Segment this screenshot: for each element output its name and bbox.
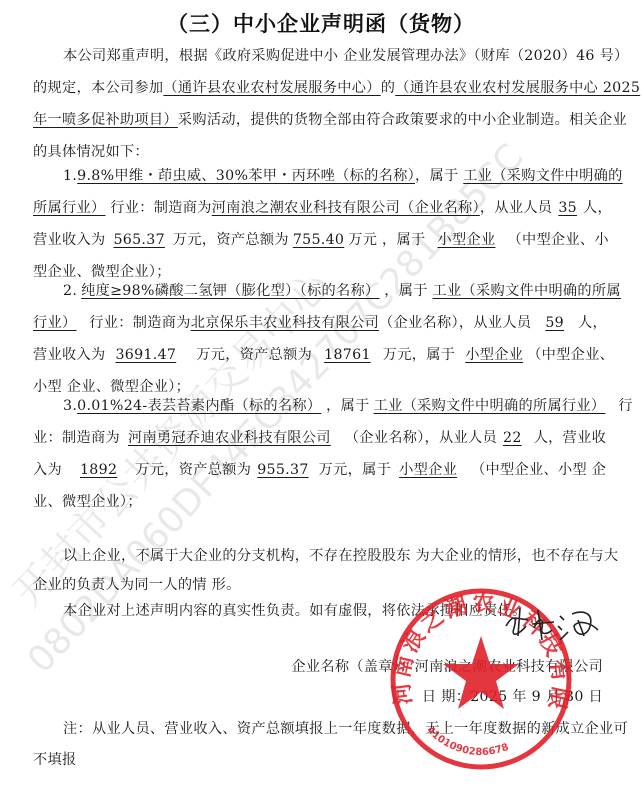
- revenue: 565.37: [105, 232, 172, 248]
- item-1-line-3: 营业收入为565.37万元，资产总额为755.40万元 ，属于小型企业（中型企业…: [33, 230, 613, 250]
- manufacturer: 河南浪之潮农业科技有限公司（企业名称）: [212, 200, 480, 216]
- manufacturer: 河南勇冠乔迪农业科技有限公司: [120, 430, 345, 446]
- page-title: （三）中小企业声明函（货物）: [0, 8, 642, 38]
- purchaser-name: （通许县农业农村发展服务中心）: [163, 80, 380, 96]
- text: （中型企业、: [527, 347, 614, 363]
- text: 行业：制造商为: [110, 200, 211, 216]
- item-3-line-1: 3.0.01%24-表芸苔素内酯（标的名称） ，属于工业（采购文件中明确的所属行…: [33, 396, 642, 416]
- text: 的: [381, 80, 396, 96]
- item-name: 纯度≥98%磷酸二氢钾（膨化型）（标的名称）: [77, 283, 379, 299]
- industry: 工业（采购文件中明确的: [463, 168, 622, 184]
- industry-cont: 行业）: [33, 315, 84, 331]
- text: 行: [618, 398, 633, 414]
- text: 采购活动，提供的货物全部由符合政策要求的中小企业制造。相关企业: [178, 112, 627, 128]
- text: （企业名称），从业人员: [379, 315, 531, 331]
- revenue: 1892: [62, 462, 135, 478]
- text: 营业收入为: [33, 347, 105, 363]
- item-2-line-3: 营业收入为3691.47万元，资产总额为18761万元，属于小型企业（中型企业、: [33, 345, 613, 365]
- assets: 955.37: [251, 462, 318, 478]
- text: 万元，属于: [383, 347, 455, 363]
- item-2-line-1: 2.纯度≥98%磷酸二氢钾（膨化型）（标的名称） ，属于 工业（采购文件中明确的…: [33, 281, 642, 301]
- industry: 工业（采购文件中明确的所属: [433, 283, 621, 299]
- item-name: 0.01%24-表芸苔素内酯（标的名称）: [77, 398, 321, 414]
- assets: 18761: [312, 347, 383, 363]
- text: 万元，属于: [319, 462, 391, 478]
- employees: 59: [531, 315, 578, 331]
- text: 人，: [583, 200, 612, 216]
- item-number: 1.: [63, 168, 77, 184]
- text: 万元，资产总额为: [135, 462, 251, 478]
- item-3-line-4: 业、微型企业）；: [33, 492, 613, 512]
- text: （企业名称），从业人员: [345, 430, 497, 446]
- text: ，属于: [326, 398, 369, 414]
- enterprise-type: 小型企业: [455, 347, 527, 363]
- text: 万元，资产总额为: [173, 232, 289, 248]
- employees: 35: [552, 200, 583, 216]
- text: 人，营业收: [534, 430, 606, 446]
- text: ，从业人员: [480, 200, 552, 216]
- item-name: 9.8%甲维・茚虫威、30%苯甲・丙环唑（标的名称）: [77, 168, 415, 184]
- manufacturer: 北京保乐丰农业科技有限公司: [191, 315, 379, 331]
- item-1-line-1: 1.9.8%甲维・茚虫威、30%苯甲・丙环唑（标的名称），属于 工业（采购文件中…: [33, 166, 642, 186]
- industry: 工业（采购文件中明确的所属行业）: [370, 398, 614, 414]
- intro-line-2: 的规定，本公司参加（通许县农业农村发展服务中心）的（通许县农业农村发展服务中心 …: [33, 78, 613, 98]
- project-name: （通许县农业农村发展服务中心 2025: [395, 80, 640, 96]
- text: ，属于: [415, 168, 458, 184]
- text: （中型企业、小型 企: [471, 462, 606, 478]
- statement-line-1: 以上企业，不属于大企业的分支机构，不存在控股股东 为大企业的情形，也不存在与大: [33, 546, 642, 566]
- text: （中型企业、小: [507, 232, 608, 248]
- text: 人，: [578, 315, 607, 331]
- project-name-cont: 年一喷多促补助项目）: [33, 112, 178, 128]
- text: 营业收入为: [33, 232, 105, 248]
- intro-line-1: 本公司郑重声明，根据《政府采购促进中小 企业发展管理办法》（财库（2020）46…: [33, 46, 642, 66]
- item-number: 3.: [63, 398, 77, 414]
- intro-line-4: 的具体情况如下：: [33, 142, 613, 162]
- intro-line-3: 年一喷多促补助项目）采购活动，提供的货物全部由符合政策要求的中小企业制造。相关企…: [33, 110, 613, 130]
- declaration-page: 开封市公共资源交易中心 0802DA060DF44EC342707C281B85…: [0, 0, 642, 793]
- item-3-line-2: 业：制造商为河南勇冠乔迪农业科技有限公司（企业名称），从业人员22人，营业收: [33, 428, 613, 448]
- revenue: 3691.47: [105, 347, 196, 363]
- text: 的规定，本公司参加: [33, 80, 163, 96]
- item-number: 2.: [63, 283, 77, 299]
- text: 行业：制造商为: [89, 315, 190, 331]
- enterprise-type: 小型企业: [426, 232, 508, 248]
- text: 万元，资产总额为: [196, 347, 312, 363]
- text: 入为: [33, 462, 62, 478]
- item-1-line-4: 型企业、微型企业）；: [33, 262, 613, 282]
- item-3-line-3: 入为1892万元，资产总额为955.37万元，属于小型企业（中型企业、小型 企: [33, 460, 613, 480]
- item-1-line-2: 所属行业） 行业：制造商为河南浪之潮农业科技有限公司（企业名称），从业人员35人…: [33, 198, 613, 218]
- item-2-line-4: 小型 企业、微型企业）；: [33, 377, 613, 397]
- text: 万元 ，属于: [348, 232, 425, 248]
- employees: 22: [497, 430, 534, 446]
- item-2-line-2: 行业） 行业：制造商为北京保乐丰农业科技有限公司（企业名称），从业人员59人，: [33, 313, 613, 333]
- text: 业：制造商为: [33, 430, 120, 446]
- industry-cont: 所属行业）: [33, 200, 105, 216]
- text: ，属于: [384, 283, 427, 299]
- assets: 755.40: [289, 232, 348, 248]
- handwritten-signature-icon: [498, 596, 608, 651]
- enterprise-type: 小型企业: [391, 462, 471, 478]
